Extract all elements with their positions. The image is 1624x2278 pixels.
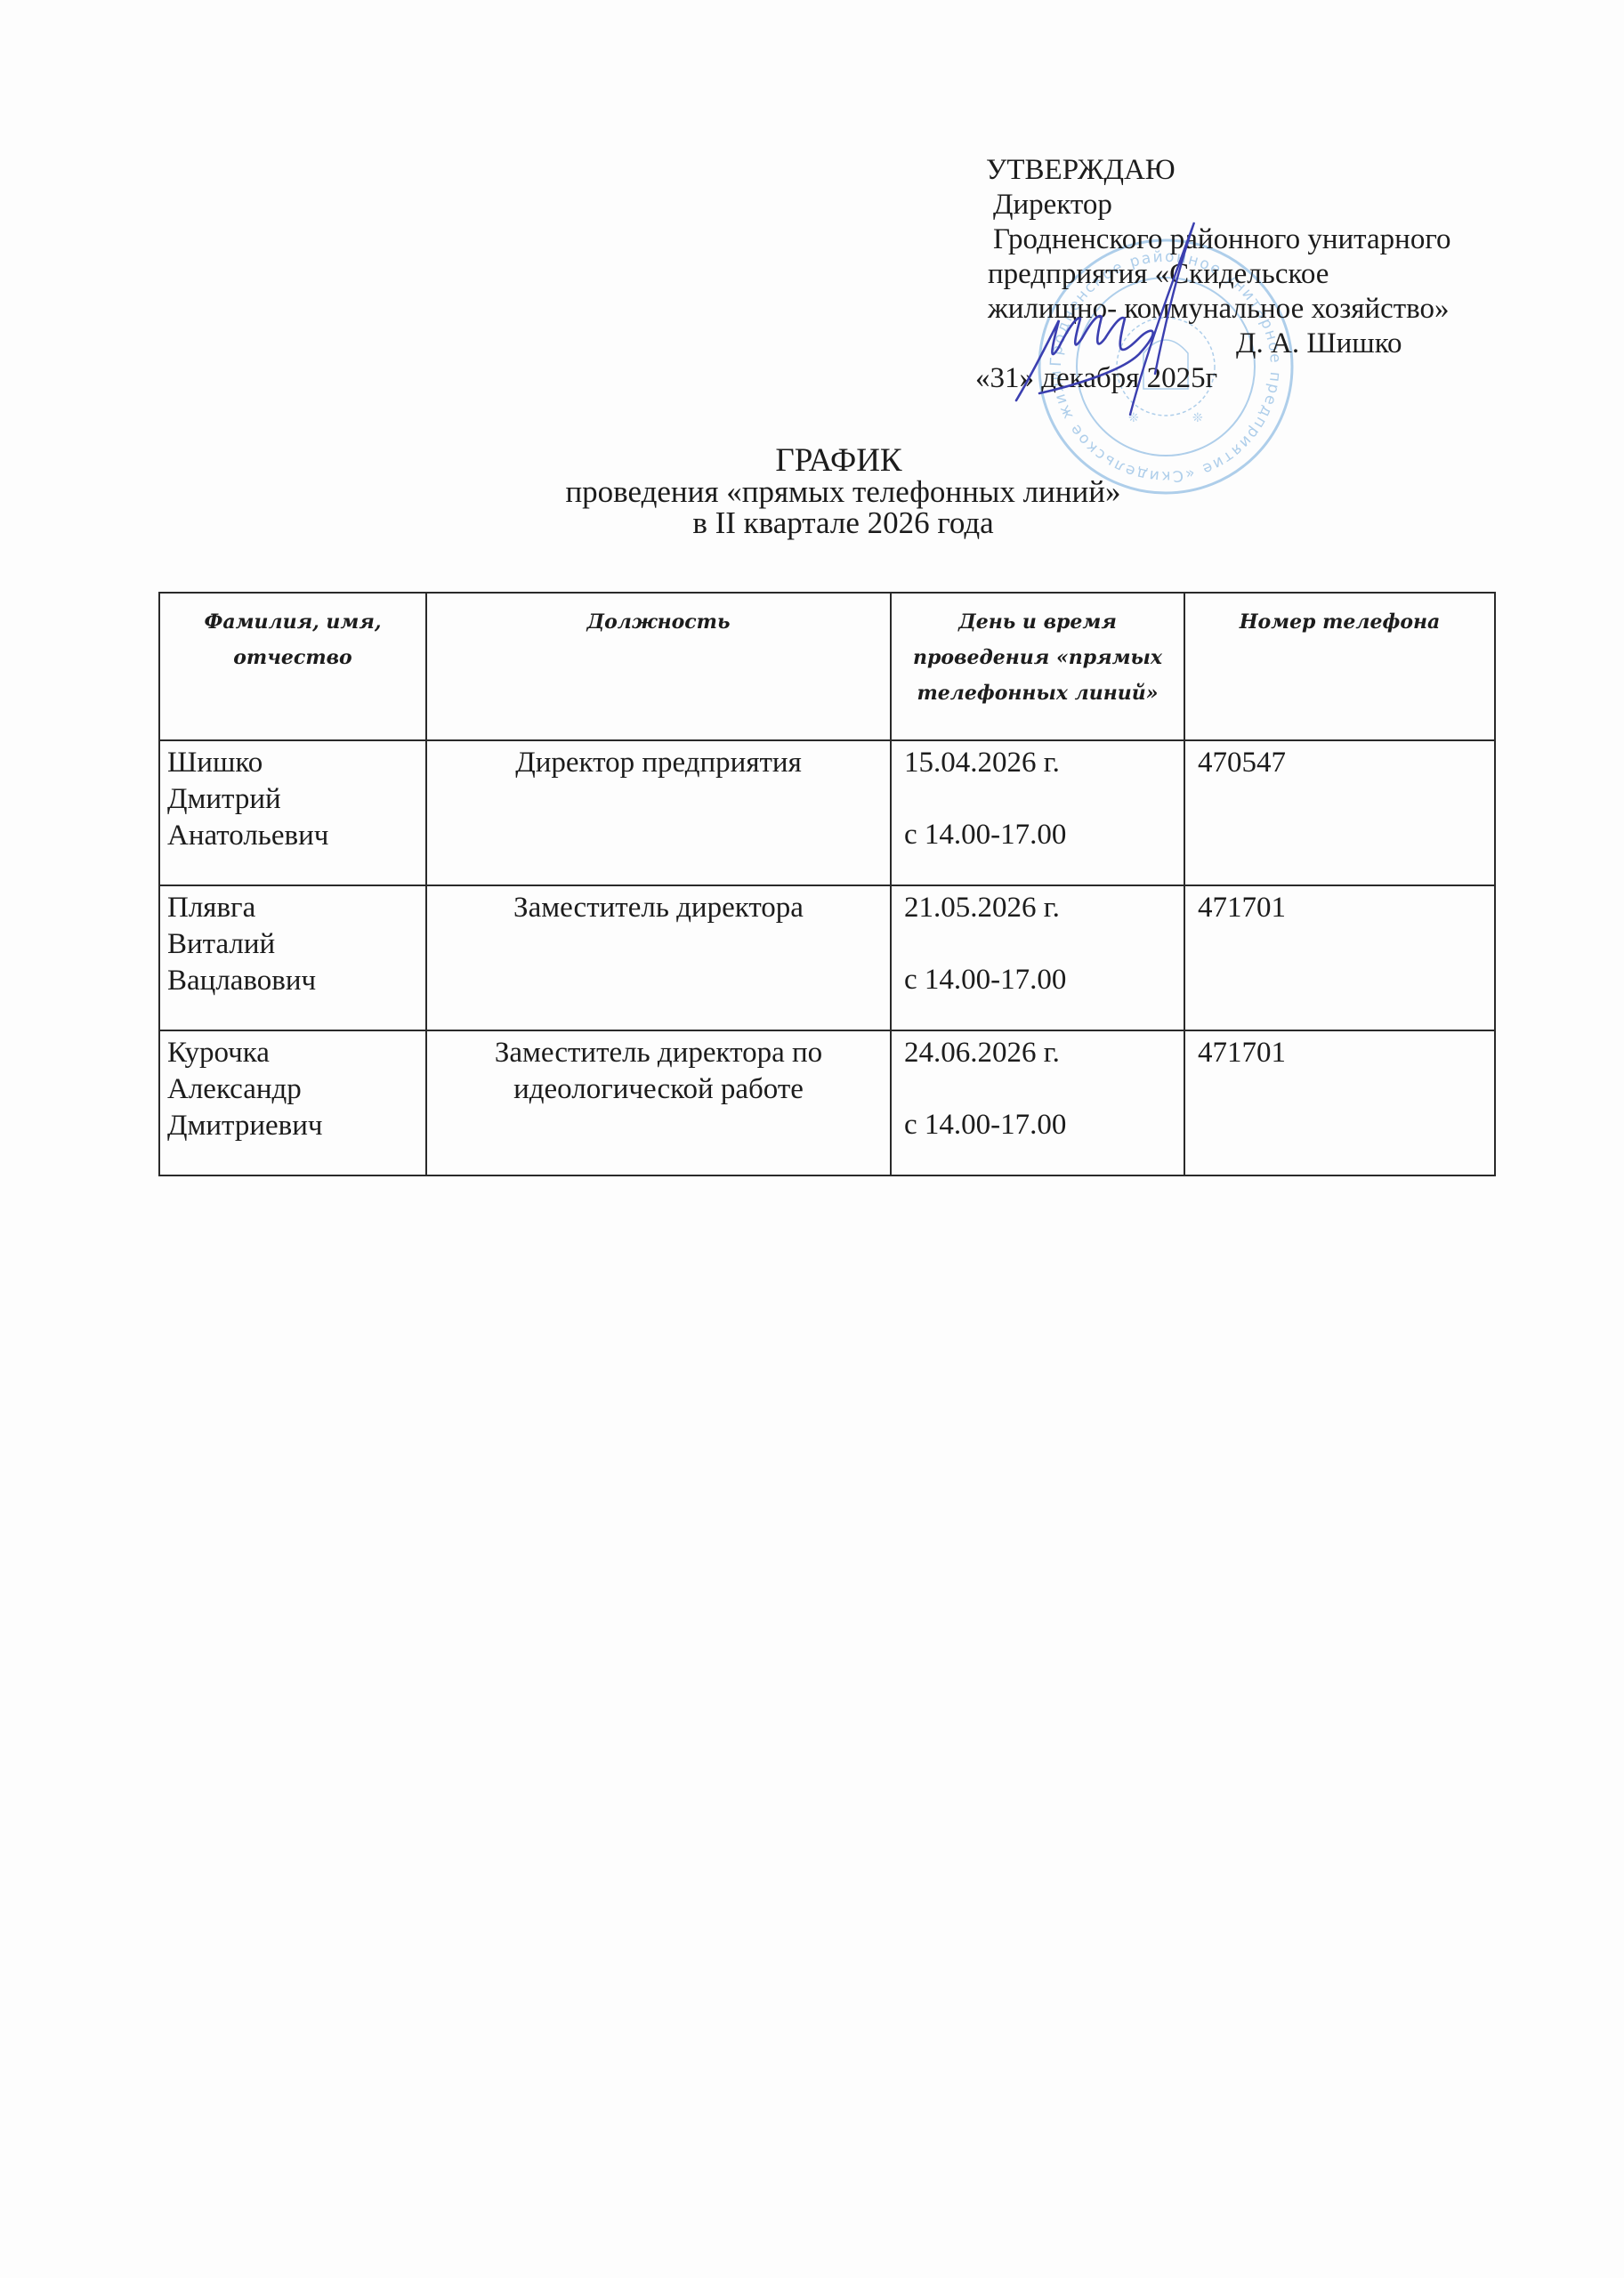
document-title: ГРАФИК <box>0 445 1624 476</box>
header-full-name: Фамилия, имя, отчество <box>159 593 426 740</box>
date: 24.06.2026 г. <box>904 1035 1184 1071</box>
signature-icon <box>997 205 1228 436</box>
approval-heading: УТВЕРЖДАЮ <box>986 153 1451 188</box>
cell-date-time: 24.06.2026 г. с 14.00-17.00 <box>891 1030 1184 1175</box>
table-row: Шишко Дмитрий Анатольевич Директор предп… <box>159 740 1495 885</box>
cell-phone: 470547 <box>1184 740 1495 885</box>
cell-full-name: Плявга Виталий Вацлавович <box>159 885 426 1030</box>
time: с 14.00-17.00 <box>904 962 1184 998</box>
surname: Плявга <box>167 890 425 926</box>
cell-position: Заместитель директора по идеологической … <box>426 1030 891 1175</box>
time: с 14.00-17.00 <box>904 817 1184 853</box>
cell-phone: 471701 <box>1184 885 1495 1030</box>
cell-phone: 471701 <box>1184 1030 1495 1175</box>
surname: Шишко <box>167 745 425 781</box>
table-row: Курочка Александр Дмитриевич Заместитель… <box>159 1030 1495 1175</box>
first-name: Виталий <box>167 926 425 963</box>
time: с 14.00-17.00 <box>904 1107 1184 1143</box>
document-title-block: ГРАФИК проведения «прямых телефонных лин… <box>0 445 1624 538</box>
header-date-time: День и время проведения «прямых телефонн… <box>891 593 1184 740</box>
date: 21.05.2026 г. <box>904 890 1184 926</box>
header-phone: Номер телефона <box>1184 593 1495 740</box>
patronymic: Анатольевич <box>167 818 425 854</box>
first-name: Дмитрий <box>167 781 425 818</box>
first-name: Александр <box>167 1071 425 1108</box>
document-period: в II квартале 2026 года <box>0 507 1624 538</box>
document-subtitle: проведения «прямых телефонных линий» <box>0 476 1624 507</box>
table-header-row: Фамилия, имя, отчество Должность День и … <box>159 593 1495 740</box>
patronymic: Вацлавович <box>167 963 425 999</box>
date: 15.04.2026 г. <box>904 745 1184 781</box>
cell-full-name: Курочка Александр Дмитриевич <box>159 1030 426 1175</box>
cell-date-time: 21.05.2026 г. с 14.00-17.00 <box>891 885 1184 1030</box>
cell-date-time: 15.04.2026 г. с 14.00-17.00 <box>891 740 1184 885</box>
cell-position: Директор предприятия <box>426 740 891 885</box>
cell-position: Заместитель директора <box>426 885 891 1030</box>
cell-full-name: Шишко Дмитрий Анатольевич <box>159 740 426 885</box>
schedule-table: Фамилия, имя, отчество Должность День и … <box>158 592 1496 1176</box>
header-position: Должность <box>426 593 891 740</box>
patronymic: Дмитриевич <box>167 1108 425 1144</box>
surname: Курочка <box>167 1035 425 1071</box>
table-row: Плявга Виталий Вацлавович Заместитель ди… <box>159 885 1495 1030</box>
